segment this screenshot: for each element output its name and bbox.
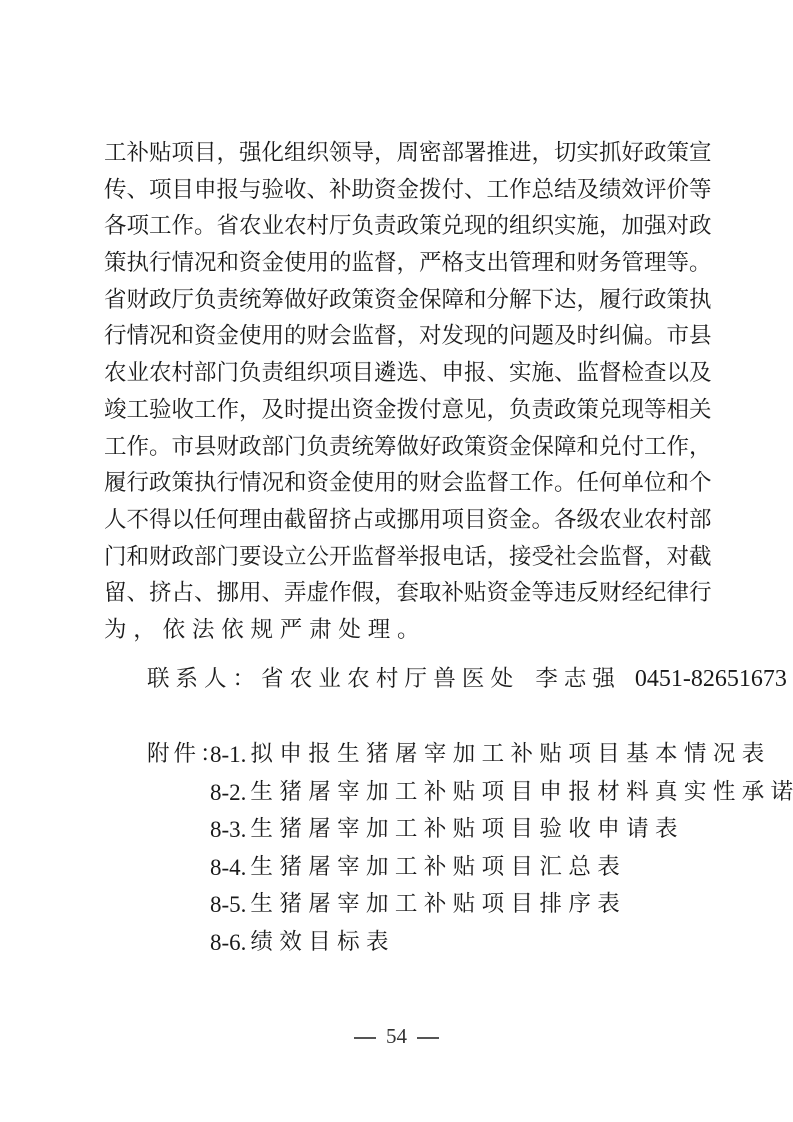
attachment-number: 8-3. <box>210 811 246 849</box>
attachment-title: 拟申报生猪屠宰加工补贴项目基本情况表 <box>250 736 770 774</box>
page-number-footer: 54 <box>0 1024 793 1049</box>
attachments-label-spacer <box>147 886 210 924</box>
contact-label: 联系人： <box>147 666 261 692</box>
body-line: 各项工作。省农业农村厅负责政策兑现的组织实施，加强对政 <box>104 208 694 245</box>
attachment-number: 8-2. <box>210 774 246 812</box>
attachment-item: 8-6. 绩效目标表 <box>147 924 793 962</box>
body-line: 留、挤占、挪用、弄虚作假，套取补贴资金等违反财经纪律行 <box>104 575 694 612</box>
attachment-item: 8-2. 生猪屠宰加工补贴项目申报材料真实性承诺书 <box>147 774 793 812</box>
contact-line: 联系人：省农业农村厅兽医处李志强0451-82651673 <box>147 661 787 697</box>
attachment-number: 8-6. <box>210 924 246 962</box>
contact-phone: 0451-82651673 <box>635 666 787 692</box>
attachments-label-spacer <box>147 924 210 962</box>
document-page: 工补贴项目，强化组织领导，周密部署推进，切实抓好政策宣 传、项目申报与验收、补助… <box>0 0 793 1122</box>
attachment-item: 8-4. 生猪屠宰加工补贴项目汇总表 <box>147 849 793 887</box>
page-number: 54 <box>386 1024 407 1048</box>
body-line: 策执行情况和资金使用的监督，严格支出管理和财务管理等。 <box>104 245 694 282</box>
attachment-number: 8-1. <box>210 736 246 774</box>
attachment-title: 生猪屠宰加工补贴项目验收申请表 <box>250 811 684 849</box>
dash-decoration <box>354 1037 376 1039</box>
attachment-title: 生猪屠宰加工补贴项目排序表 <box>250 886 626 924</box>
body-line: 门和财政部门要设立公开监督举报电话，接受社会监督，对截 <box>104 539 694 576</box>
attachment-number: 8-4. <box>210 849 246 887</box>
dash-decoration <box>417 1037 439 1039</box>
body-line: 人不得以任何理由截留挤占或挪用项目资金。各级农业农村部 <box>104 502 694 539</box>
body-paragraph: 工补贴项目，强化组织领导，周密部署推进，切实抓好政策宣 传、项目申报与验收、补助… <box>104 135 694 649</box>
attachment-number: 8-5. <box>210 886 246 924</box>
body-line: 行情况和资金使用的财会监督，对发现的问题及时纠偏。市县 <box>104 318 694 355</box>
contact-organization: 省农业农村厅兽医处 <box>261 666 519 692</box>
body-line: 竣工验收工作，及时提出资金拨付意见，负责政策兑现等相关 <box>104 392 694 429</box>
attachment-title: 生猪屠宰加工补贴项目汇总表 <box>250 849 626 887</box>
body-line: 工作。市县财政部门负责统筹做好政策资金保障和兑付工作， <box>104 429 694 466</box>
body-line: 传、项目申报与验收、补助资金拨付、工作总结及绩效评价等 <box>104 172 694 209</box>
attachment-item: 附件： 8-1. 拟申报生猪屠宰加工补贴项目基本情况表 <box>147 736 793 774</box>
attachment-title: 生猪屠宰加工补贴项目申报材料真实性承诺书 <box>250 774 793 812</box>
attachments-label-spacer <box>147 849 210 887</box>
attachments-label: 附件： <box>147 736 210 774</box>
body-line: 农业农村部门负责组织项目遴选、申报、实施、监督检查以及 <box>104 355 694 392</box>
body-line: 省财政厅负责统筹做好政策资金保障和分解下达，履行政策执 <box>104 282 694 319</box>
attachments-label-spacer <box>147 774 210 812</box>
attachment-title: 绩效目标表 <box>250 924 395 962</box>
body-line: 履行政策执行情况和资金使用的财会监督工作。任何单位和个 <box>104 465 694 502</box>
attachments-label-spacer <box>147 811 210 849</box>
attachments-list: 附件： 8-1. 拟申报生猪屠宰加工补贴项目基本情况表 8-2. 生猪屠宰加工补… <box>147 736 793 961</box>
body-line: 工补贴项目，强化组织领导，周密部署推进，切实抓好政策宣 <box>104 135 694 172</box>
attachment-item: 8-5. 生猪屠宰加工补贴项目排序表 <box>147 886 793 924</box>
body-line: 为，依法依规严肃处理。 <box>104 612 694 649</box>
attachment-item: 8-3. 生猪屠宰加工补贴项目验收申请表 <box>147 811 793 849</box>
contact-name: 李志强 <box>535 666 621 692</box>
